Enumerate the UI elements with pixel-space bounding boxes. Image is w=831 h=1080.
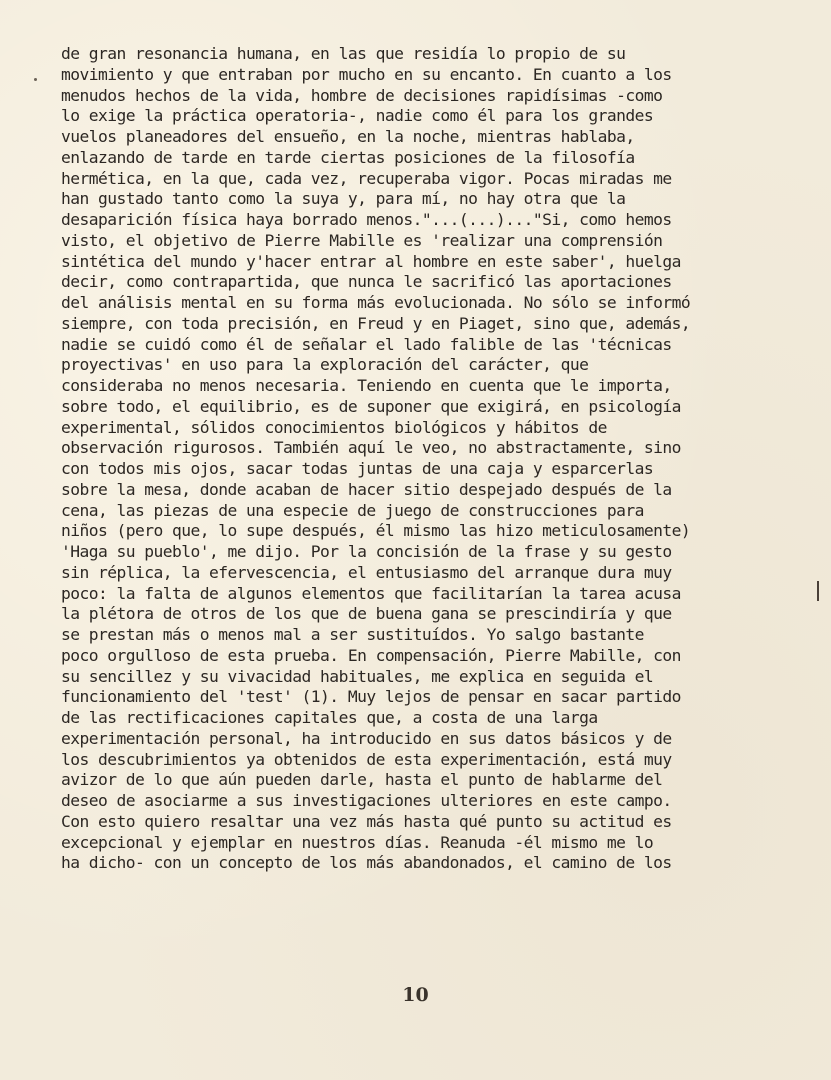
text-line: sobre todo, el equilibrio, es de suponer… — [61, 397, 831, 418]
text-line: su sencillez y su vivacidad habituales, … — [61, 667, 831, 688]
text-line: nadie se cuidó como él de señalar el lad… — [61, 335, 831, 356]
text-line: han gustado tanto como la suya y, para m… — [61, 189, 831, 210]
text-line: poco: la falta de algunos elementos que … — [61, 584, 831, 605]
text-line: ha dicho- con un concepto de los más aba… — [61, 853, 831, 874]
text-line: la plétora de otros de los que de buena … — [61, 604, 831, 625]
text-line: de las rectificaciones capitales que, a … — [61, 708, 831, 729]
text-line: Con esto quiero resaltar una vez más has… — [61, 812, 831, 833]
text-line: enlazando de tarde en tarde ciertas posi… — [61, 148, 831, 169]
text-line: menudos hechos de la vida, hombre de dec… — [61, 86, 831, 107]
scanned-page: de gran resonancia humana, en las que re… — [0, 0, 831, 1080]
text-line: consideraba no menos necesaria. Teniendo… — [61, 376, 831, 397]
text-line: funcionamiento del 'test' (1). Muy lejos… — [61, 687, 831, 708]
text-line: se prestan más o menos mal a ser sustitu… — [61, 625, 831, 646]
text-line: hermética, en la que, cada vez, recupera… — [61, 169, 831, 190]
page-number: 10 — [0, 984, 831, 1006]
text-line: de gran resonancia humana, en las que re… — [61, 44, 831, 65]
text-line: poco orgulloso de esta prueba. En compen… — [61, 646, 831, 667]
text-line: niños (pero que, lo supe después, él mis… — [61, 521, 831, 542]
text-line: 'Haga su pueblo', me dijo. Por la concis… — [61, 542, 831, 563]
text-line: lo exige la práctica operatoria-, nadie … — [61, 106, 831, 127]
margin-correction-mark — [817, 581, 819, 601]
text-line: sobre la mesa, donde acaban de hacer sit… — [61, 480, 831, 501]
text-line: con todos mis ojos, sacar todas juntas d… — [61, 459, 831, 480]
text-line: del análisis mental en su forma más evol… — [61, 293, 831, 314]
text-line: experimental, sólidos conocimientos biol… — [61, 418, 831, 439]
text-line: experimentación personal, ha introducido… — [61, 729, 831, 750]
text-line: avizor de lo que aún pueden darle, hasta… — [61, 770, 831, 791]
text-line: visto, el objetivo de Pierre Mabille es … — [61, 231, 831, 252]
text-line: vuelos planeadores del ensueño, en la no… — [61, 127, 831, 148]
text-line: siempre, con toda precisión, en Freud y … — [61, 314, 831, 335]
text-line: deseo de asociarme a sus investigaciones… — [61, 791, 831, 812]
ink-speck — [34, 78, 37, 81]
text-line: sintética del mundo y'hacer entrar al ho… — [61, 252, 831, 273]
text-line: desaparición física haya borrado menos."… — [61, 210, 831, 231]
text-line: decir, como contrapartida, que nunca le … — [61, 272, 831, 293]
text-line: proyectivas' en uso para la exploración … — [61, 355, 831, 376]
text-line: movimiento y que entraban por mucho en s… — [61, 65, 831, 86]
text-line: cena, las piezas de una especie de juego… — [61, 501, 831, 522]
body-text: de gran resonancia humana, en las que re… — [61, 44, 831, 874]
text-line: excepcional y ejemplar en nuestros días.… — [61, 833, 831, 854]
text-line: observación rigurosos. También aquí le v… — [61, 438, 831, 459]
text-line: los descubrimientos ya obtenidos de esta… — [61, 750, 831, 771]
text-line: sin réplica, la efervescencia, el entusi… — [61, 563, 831, 584]
